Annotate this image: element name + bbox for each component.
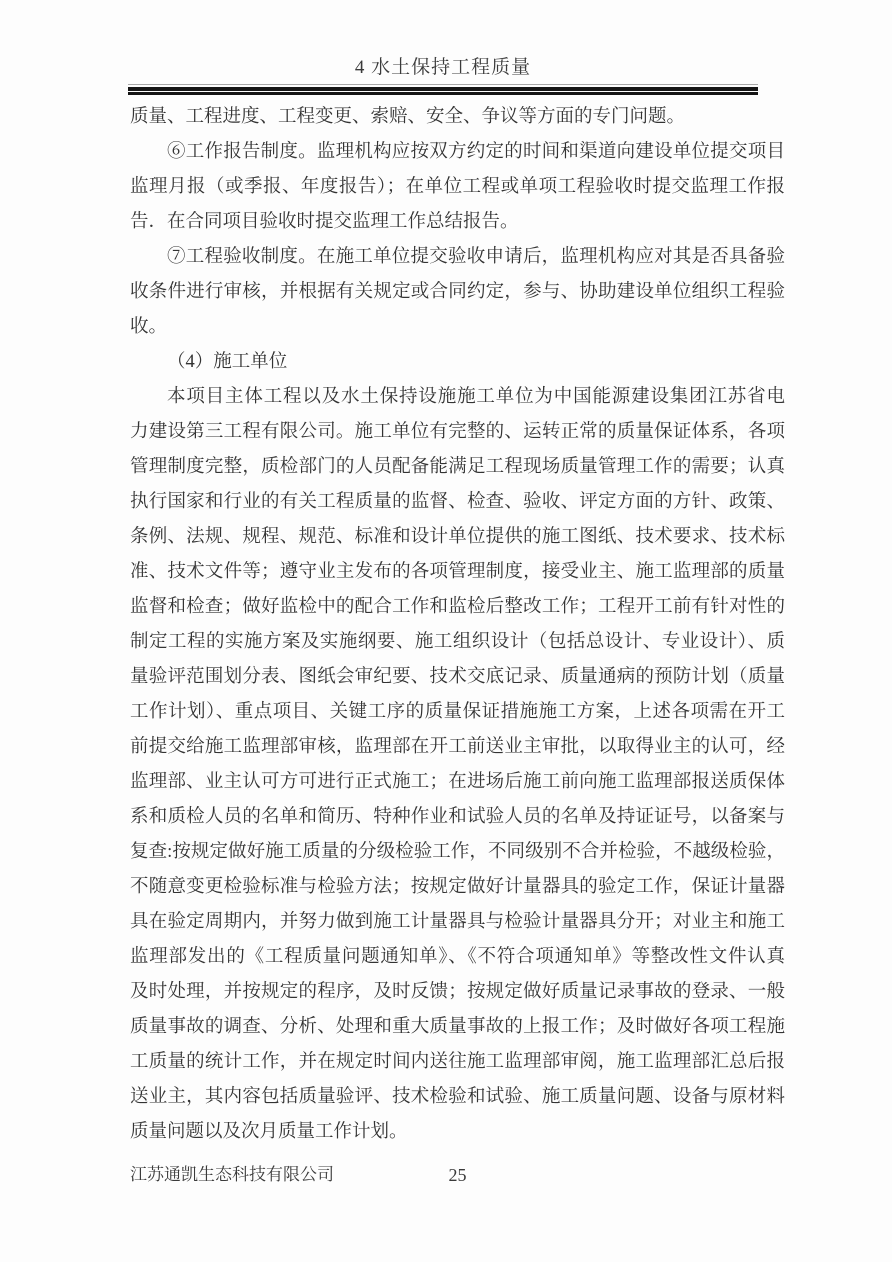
text-line: 监理部、业主认可方可进行正式施工；在进场后施工前向施工监理部报送质保体: [130, 765, 785, 800]
text-line: 制定工程的实施方案及实施纲要、施工组织设计（包括总设计、专业设计）、质: [130, 625, 785, 660]
header-double-rule: [128, 84, 758, 95]
text-line: 质量、工程进度、工程变更、索赔、安全、争议等方面的专门问题。: [130, 100, 785, 135]
text-line: 告．在合同项目验收时提交监理工作总结报告。: [130, 205, 785, 240]
text-line: 质量问题以及次月质量工作计划。: [130, 1115, 785, 1150]
text-line: ⑦工程验收制度。在施工单位提交验收申请后，监理机构应对其是否具备验: [130, 240, 785, 275]
text-line: ⑥工作报告制度。监理机构应按双方约定的时间和渠道向建设单位提交项目: [130, 135, 785, 170]
text-line: （4）施工单位: [130, 345, 785, 380]
document-body: 质量、工程进度、工程变更、索赔、安全、争议等方面的专门问题。⑥工作报告制度。监理…: [130, 100, 785, 1150]
text-line: 工质量的统计工作，并在规定时间内送往施工监理部审阅，施工监理部汇总后报: [130, 1045, 785, 1080]
text-line: 量验评范围划分表、图纸会审纪要、技术交底记录、质量通病的预防计划（质量: [130, 660, 785, 695]
page-number: 25: [130, 1163, 785, 1187]
text-line: 监理部发出的《工程质量问题通知单》、《不符合项通知单》等整改性文件认真: [130, 940, 785, 975]
text-line: 收条件进行审核，并根据有关规定或合同约定，参与、协助建设单位组织工程验: [130, 275, 785, 310]
text-line: 质量事故的调查、分析、处理和重大质量事故的上报工作；及时做好各项工程施: [130, 1010, 785, 1045]
text-line: 具在验定周期内，并努力做到施工计量器具与检验计量器具分开；对业主和施工: [130, 905, 785, 940]
text-line: 本项目主体工程以及水土保持设施施工单位为中国能源建设集团江苏省电: [130, 380, 785, 415]
text-line: 监理月报（或季报、年度报告）；在单位工程或单项工程验收时提交监理工作报: [130, 170, 785, 205]
text-line: 系和质检人员的名单和简历、特种作业和试验人员的名单及持证证号，以备案与: [130, 800, 785, 835]
text-line: 不随意变更检验标准与检验方法；按规定做好计量器具的验定工作，保证计量器: [130, 870, 785, 905]
text-line: 工作计划）、重点项目、关键工序的质量保证措施施工方案，上述各项需在开工: [130, 695, 785, 730]
text-line: 力建设第三工程有限公司。施工单位有完整的、运转正常的质量保证体系，各项: [130, 415, 785, 450]
document-page: 4 水土保持工程质量 质量、工程进度、工程变更、索赔、安全、争议等方面的专门问题…: [0, 0, 892, 1262]
text-line: 及时处理，并按规定的程序，及时反馈；按规定做好质量记录事故的登录、一般: [130, 975, 785, 1010]
text-line: 管理制度完整，质检部门的人员配备能满足工程现场质量管理工作的需要；认真: [130, 450, 785, 485]
page-footer: 江苏通凯生态科技有限公司 25: [130, 1163, 785, 1187]
rule-thick-line-bottom: [128, 92, 758, 95]
section-header-title: 4 水土保持工程质量: [128, 56, 758, 80]
text-line: 送业主，其内容包括质量验评、技术检验和试验、施工质量问题、设备与原材料: [130, 1080, 785, 1115]
text-line: 前提交给施工监理部审核，监理部在开工前送业主审批，以取得业主的认可，经: [130, 730, 785, 765]
text-line: 执行国家和行业的有关工程质量的监督、检查、验收、评定方面的方针、政策、: [130, 485, 785, 520]
text-line: 监督和检查；做好监检中的配合工作和监检后整改工作；工程开工前有针对性的: [130, 590, 785, 625]
text-line: 收。: [130, 310, 785, 345]
text-line: 复查:按规定做好施工质量的分级检验工作，不同级别不合并检验，不越级检验，: [130, 835, 785, 870]
text-line: 准、技术文件等；遵守业主发布的各项管理制度，接受业主、施工监理部的质量: [130, 555, 785, 590]
text-line: 条例、法规、规程、规范、标准和设计单位提供的施工图纸、技术要求、技术标: [130, 520, 785, 555]
